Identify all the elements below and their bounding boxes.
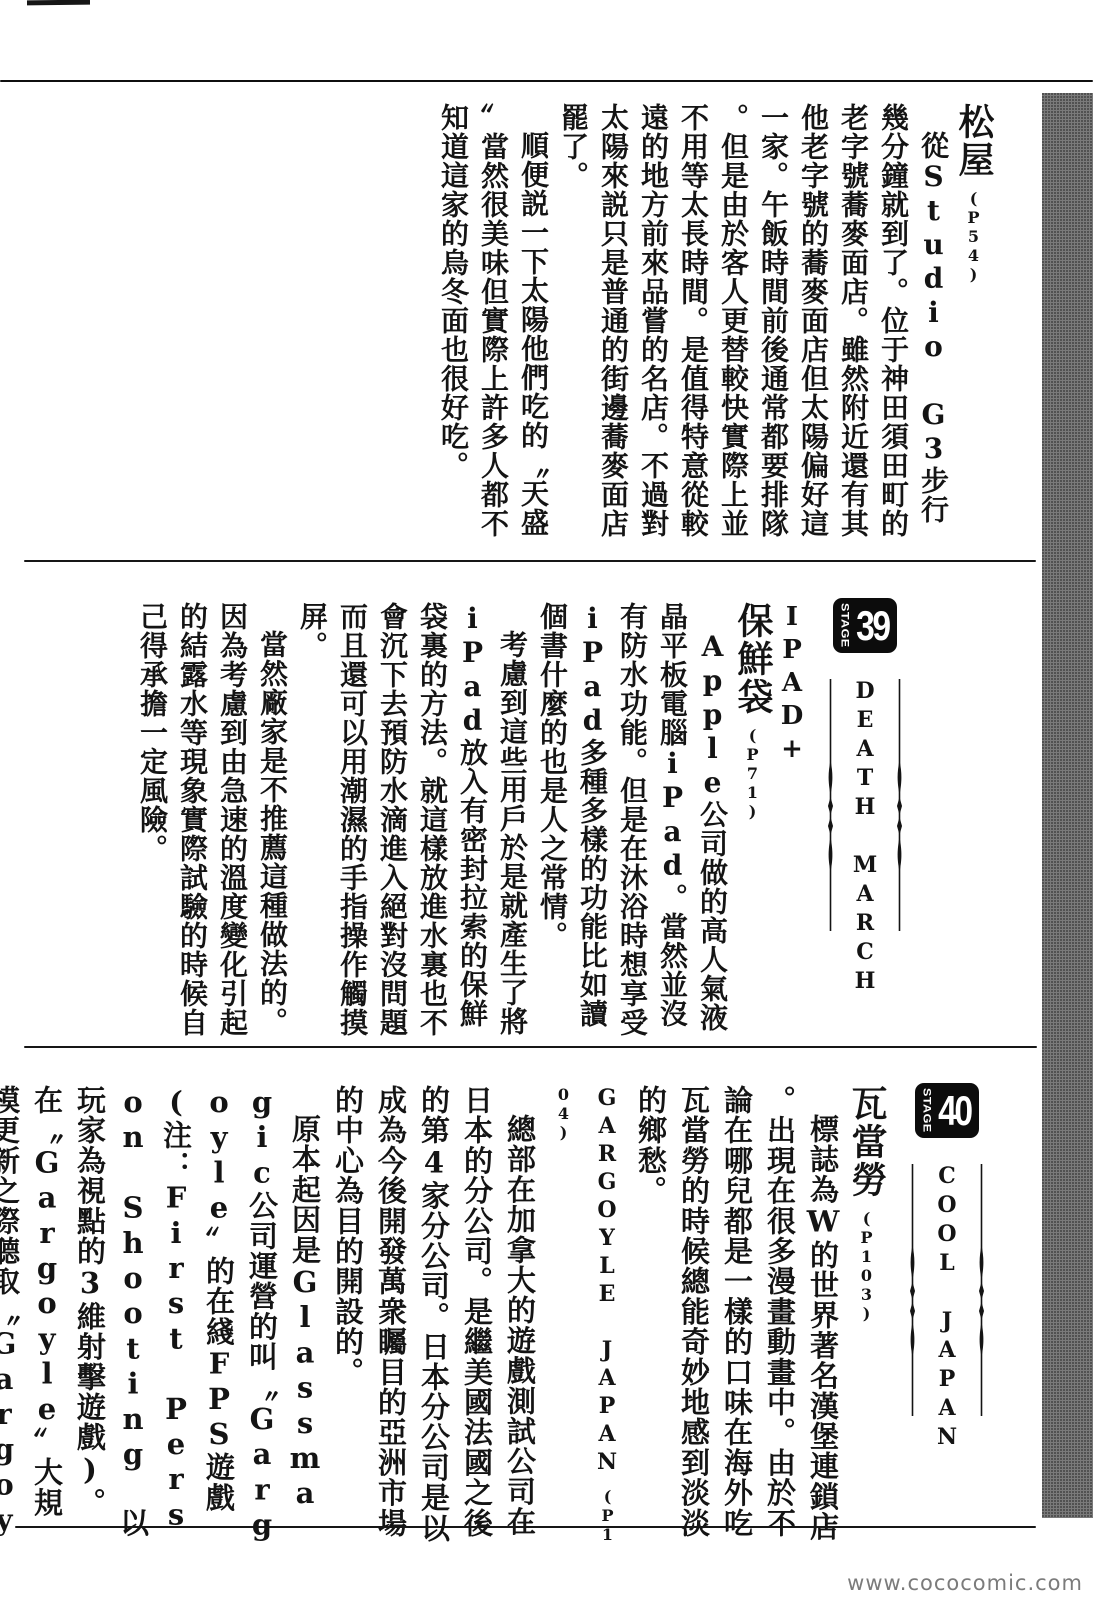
page-edge-shade-bar [1042,93,1093,1518]
stage39-badge: STAGE 39 [833,598,897,653]
paragraph: 順便説一下太陽他們吃的〝天盛〟當然很美味但實際上許多人都不知道這家的烏冬面也很好… [433,103,553,540]
entry-heading-baoxiandai: 保鮮袋(P71) [732,602,772,1039]
section-matsuya: 松屋(P54) 從Studio G3步行幾分鐘就到了。位于神田須田町的老字號蕎麥… [433,103,993,540]
stage39-header: STAGE 39 DEATH MARCH [820,598,910,997]
stage40-header: STAGE 40 COOL JAPAN [902,1083,992,1453]
entry-heading-wadanglao: 瓦當勞(P103) [844,1085,888,1544]
ornamental-rule-icon [826,676,835,934]
stage39-title-row: DEATH MARCH [826,676,904,997]
entry-heading-gargoyle: GARGOYLE JAPAN(P104) [541,1085,629,1544]
entry-title: 瓦當勞 [846,1085,887,1199]
paragraph: 原本起因是Glassmagic公司運營的叫〝Gargoyle〟的在綫FPS遊戲(… [0,1085,326,1544]
scan-corner-mark [27,0,90,5]
page-ref: (P54) [964,189,983,284]
bottom-rule [15,1526,1036,1528]
page-ref: (P103) [857,1209,876,1323]
stage-label: STAGE [921,1088,933,1133]
entry-title-latin: IPAD+ [772,602,812,1039]
stage-label: STAGE [839,603,851,648]
section-divider [24,560,1036,562]
paragraph: 當然廠家是不推薦這種做法的。因為考慮到由急速的溫度變化引起的結露水等現象實際試驗… [132,602,292,1039]
section-stage39: IPAD+ 保鮮袋(P71) Apple公司做的高人氣液晶平板電腦iPad。當然… [122,602,812,1039]
section-divider [24,1046,1037,1048]
entry-title-latin: GARGOYLE JAPAN [594,1085,620,1477]
stage-number: 39 [856,602,889,650]
ornamental-rule-icon [977,1161,986,1419]
stage40-badge: STAGE 40 [915,1083,979,1138]
paragraph: 從Studio G3步行幾分鐘就到了。位于神田須田町的老字號蕎麥面店。雖然附近還… [553,103,953,540]
page-ref: (P71) [743,726,762,821]
top-rule [0,80,1093,82]
paragraph: 總部在加拿大的遊戲測試公司在日本的分公司。是繼美國法國之後的第4家分公司。日本分… [326,1085,541,1544]
stage39-name: DEATH MARCH [852,676,878,997]
stage40-name: COOL JAPAN [934,1161,960,1453]
entry-title: 保鮮袋 [732,602,773,716]
paragraph: 標誌為W的世界著名漢堡連鎖店。出現在很多漫畫動畫中。由於不論在哪兒都是一樣的口味… [629,1085,844,1544]
entry-title: 松屋 [953,103,994,179]
watermark: www.cococomic.com [847,1571,1083,1595]
entry-heading-matsuya: 松屋(P54) [953,103,993,540]
ornamental-rule-icon [908,1161,917,1419]
paragraph: 考慮到這些用戶於是就產生了將iPad放入有密封拉索的保鮮袋裏的方法。就這樣放進水… [292,602,532,1039]
paragraph: Apple公司做的高人氣液晶平板電腦iPad。當然並沒有防水功能。但是在沐浴時想… [532,602,732,1039]
stage40-title-row: COOL JAPAN [908,1161,986,1453]
stage-number: 40 [938,1087,971,1135]
ornamental-rule-icon [895,676,904,934]
section-stage40: 瓦當勞(P103) 標誌為W的世界著名漢堡連鎖店。出現在很多漫畫動畫中。由於不論… [56,1085,888,1544]
